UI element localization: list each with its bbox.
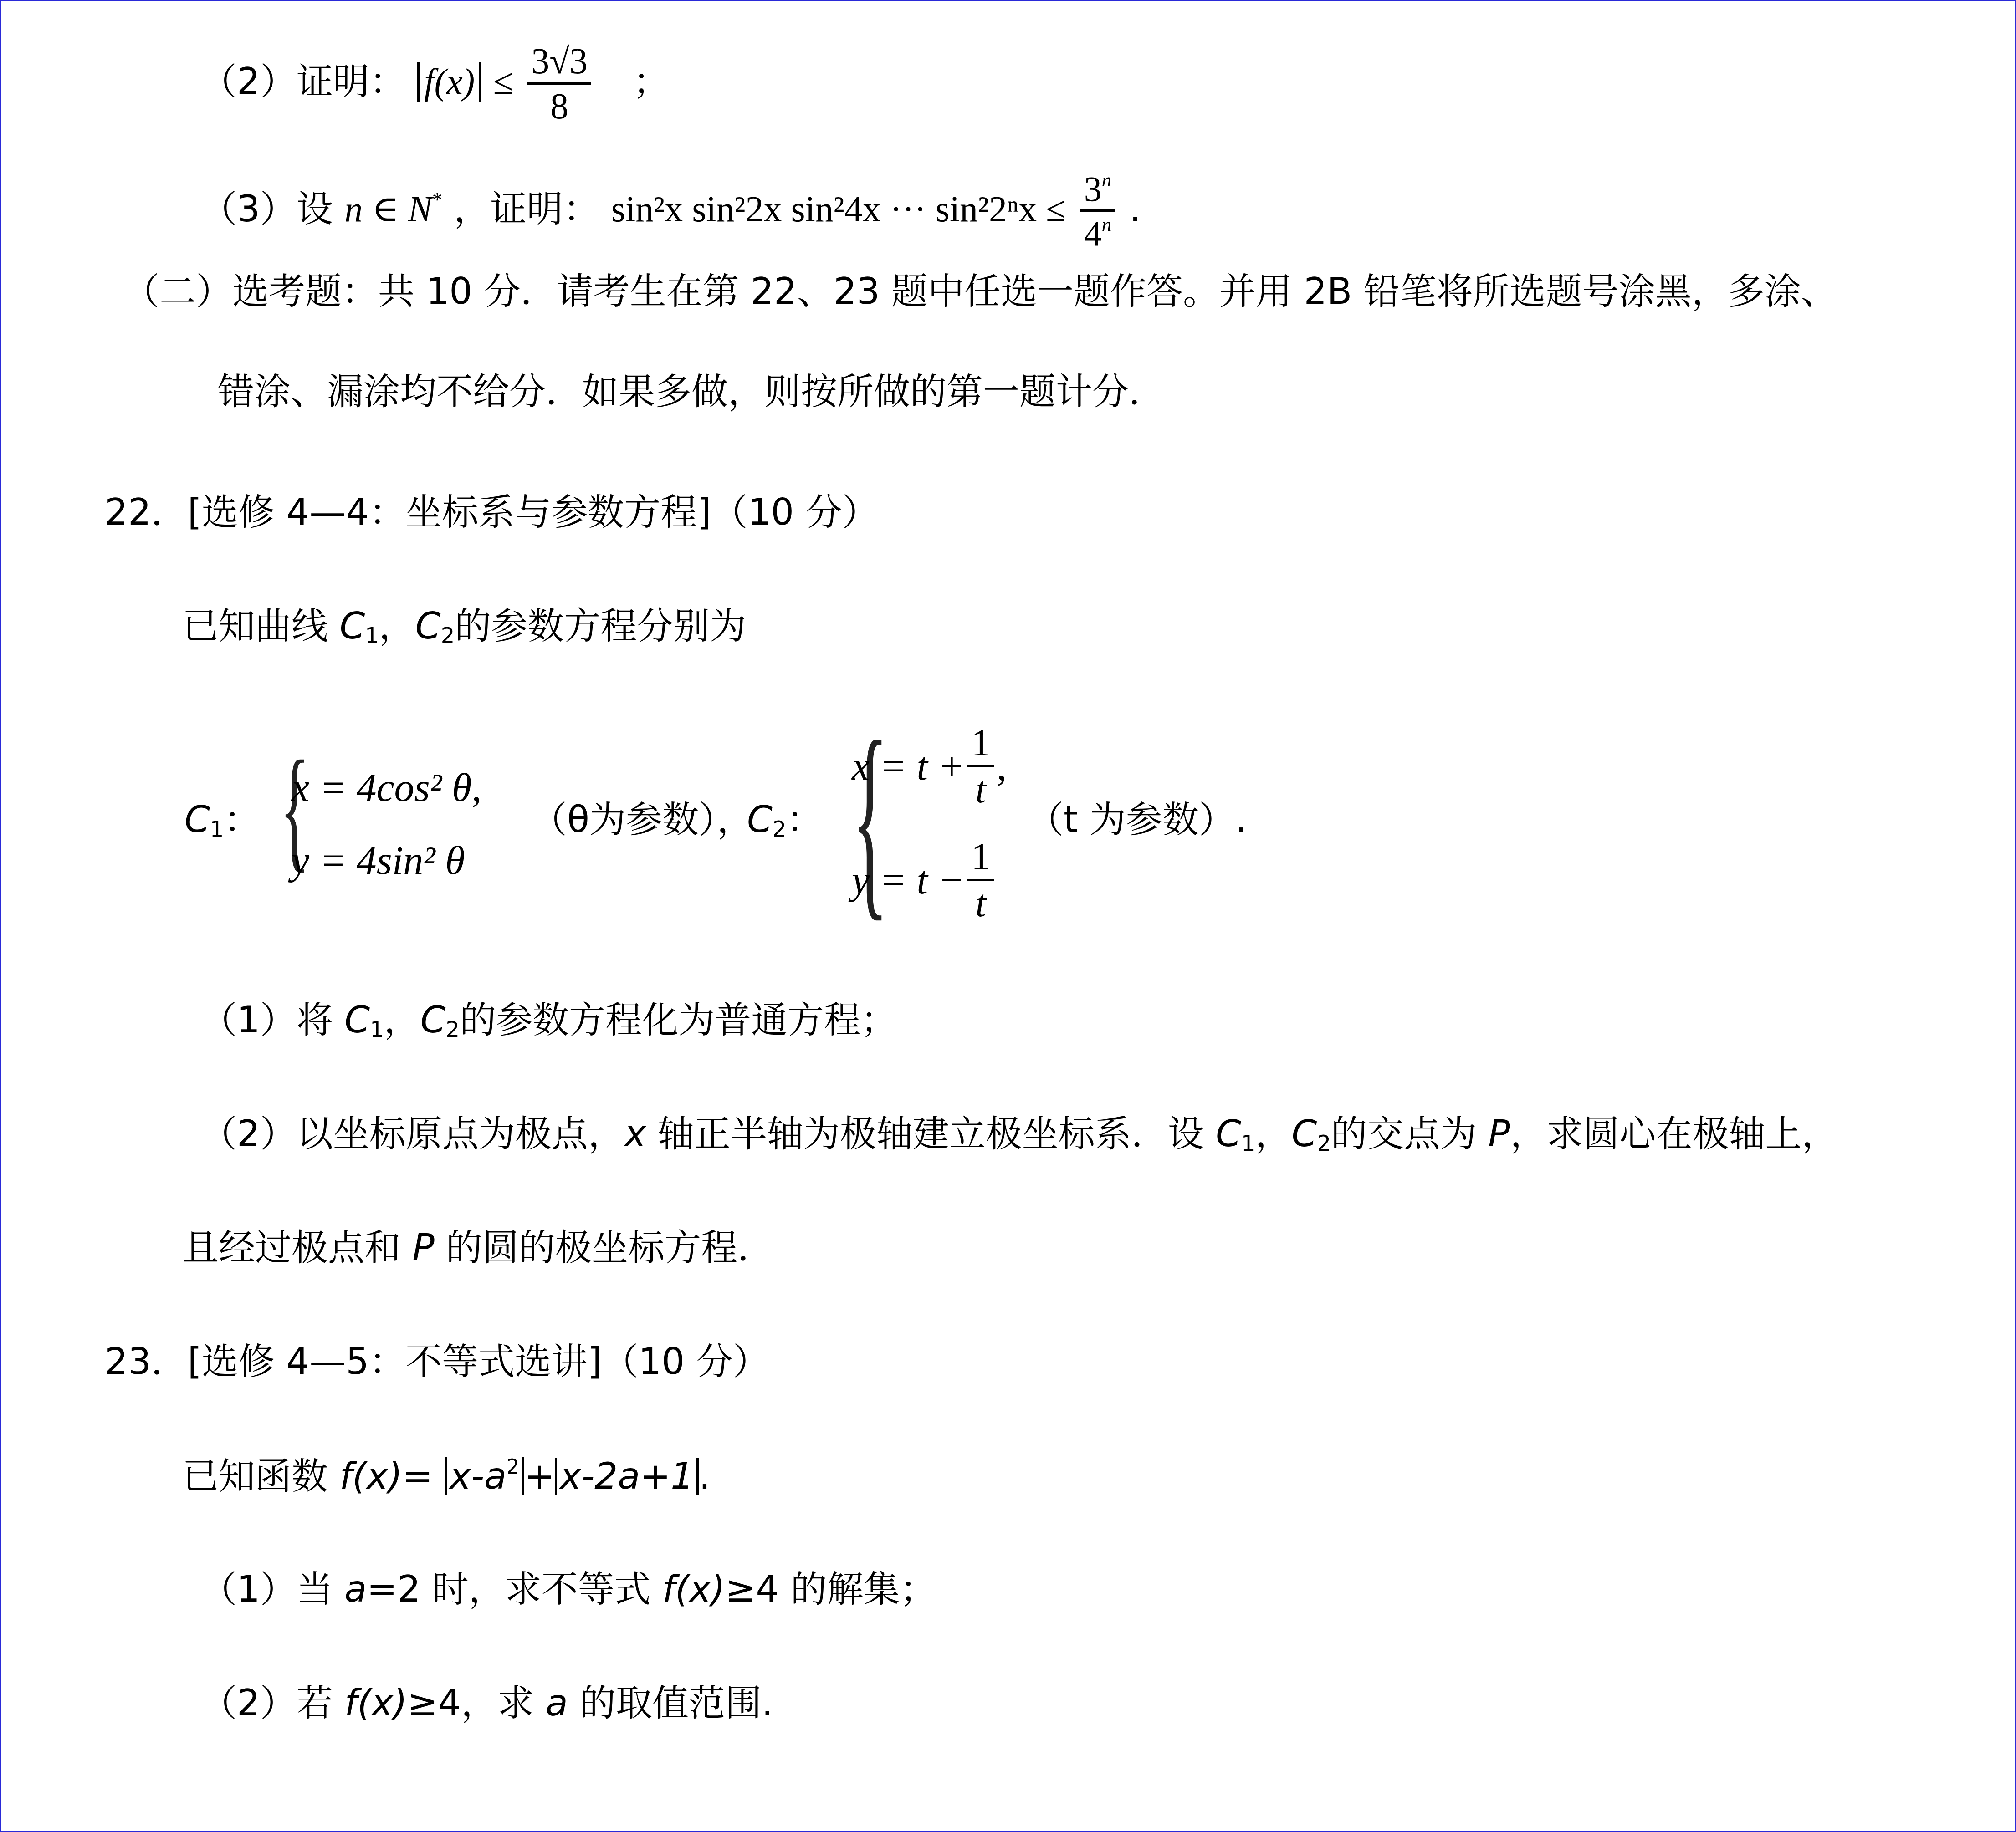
q23-intro: 已知函数 f(x)= x-a2+x-2a+1. <box>182 1457 711 1495</box>
c2-y-equation: y = t − 1 t <box>852 838 997 923</box>
prev-item-2: （2）证明： f(x) ≤ 3√3 8 ； <box>200 43 669 125</box>
c1-param-note: （θ为参数）， <box>531 801 753 838</box>
q23-sub2: （2）若 f(x)≥4，求 a 的取值范围. <box>200 1685 773 1721</box>
item-label: （2）证明： <box>200 60 406 102</box>
c1-label: C1： <box>184 801 260 840</box>
q22-heading: 22．[选修 4—4：坐标系与参数方程]（10 分） <box>105 494 879 531</box>
c2-label: C2： <box>747 801 823 840</box>
q23-heading: 23．[选修 4—5：不等式选讲]（10 分） <box>105 1343 769 1380</box>
leq: ≤ <box>493 62 513 102</box>
q23-sub1: （1）当 a=2 时，求不等式 f(x)≥4 的解集； <box>200 1571 936 1607</box>
c2-x-equation: x = t + 1 t , <box>852 724 1007 809</box>
q22-sub1: （1）将 C1，C2的参数方程化为普通方程； <box>200 1002 897 1041</box>
q22-sub2: （2）以坐标原点为极点，x 轴正半轴为极轴建立极坐标系．设 C1，C2的交点为 … <box>200 1116 1838 1154</box>
prev-item-3: （3）设 n ∈ N* ，证明： sin²x sin²2x sin²4x ···… <box>200 171 1141 251</box>
q22-sub2-line2: 且经过极点和 P 的圆的极坐标方程． <box>182 1230 774 1266</box>
section-2-instructions-line2: 错涂、漏涂均不给分．如果多做，则按所做的第一题计分． <box>218 373 1165 410</box>
c1-y-equation: y = 4sin² θ <box>292 838 465 884</box>
fraction: 3√3 8 <box>527 43 591 125</box>
c1-x-equation: x = 4cos² θ, <box>292 765 481 811</box>
n-in-N: n ∈ N <box>344 189 432 230</box>
c2-param-note: （t 为参数）. <box>1027 801 1247 838</box>
section-2-instructions-line1: （二）选考题：共 10 分．请考生在第 22、23 题中任选一题作答。并用 2B… <box>123 273 1837 310</box>
q22-intro: 已知曲线 C1，C2的参数方程分别为 <box>182 608 746 647</box>
fraction-3n-4n: 3n 4n <box>1080 171 1115 251</box>
abs-fx: f(x) <box>417 62 481 102</box>
sin-product: sin²x sin²2x sin²4x ··· sin²2ⁿx ≤ <box>611 189 1066 230</box>
